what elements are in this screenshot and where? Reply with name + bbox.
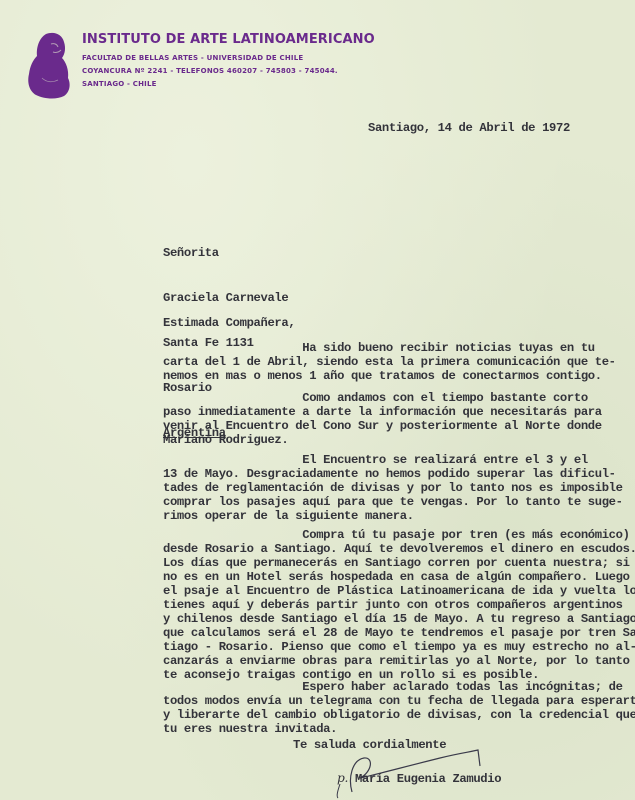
paragraph-line: nemos en mas o menos 1 año que tratamos …: [163, 369, 616, 383]
pre-columbian-figure-emblem-icon: [24, 30, 74, 100]
signatory: p. María Eugenia Zamudio: [337, 771, 501, 786]
paragraph-line: tades de reglamentación de divisas y por…: [163, 481, 623, 495]
paragraph-line: carta del 1 de Abril, siendo esta la pri…: [163, 355, 616, 369]
paragraph-line: Los días que permanecerás en Santiago co…: [163, 556, 635, 570]
paragraph-1: Ha sido bueno recibir noticias tuyas en …: [163, 341, 616, 383]
salutation: Estimada Compañera,: [163, 316, 295, 330]
paragraph-line: tiago - Rosario. Pienso que como el tiem…: [163, 640, 635, 654]
paragraph-4: Compra tú tu pasaje por tren (es más eco…: [163, 528, 635, 682]
paragraph-2: Como andamos con el tiempo bastante cort…: [163, 391, 602, 447]
paragraph-line: tu eres nuestra invitada.: [163, 722, 635, 736]
signature-prefix: p.: [337, 771, 348, 785]
paragraph-line: no es en un Hotel serás hospedada en cas…: [163, 570, 635, 584]
paragraph-line: El Encuentro se realizará entre el 3 y e…: [163, 453, 623, 467]
paragraph-line: y liberarte del cambio obligatorio de di…: [163, 708, 635, 722]
paragraph-line: rimos operar de la siguiente manera.: [163, 509, 623, 523]
city-line: SANTIAGO - CHILE: [82, 80, 375, 88]
paragraph-line: desde Rosario a Santiago. Aquí te devolv…: [163, 542, 635, 556]
paragraph-line: todos modos envía un telegrama con tu fe…: [163, 694, 635, 708]
paragraph-line: Como andamos con el tiempo bastante cort…: [163, 391, 602, 405]
paragraph-5: Espero haber aclarado todas las incógnit…: [163, 680, 635, 736]
paragraph-line: canzarás a enviarme obras para remitirla…: [163, 654, 635, 668]
paragraph-line: venir al Encuentro del Cono Sur y poster…: [163, 419, 602, 433]
institution-name: INSTITUTO DE ARTE LATINOAMERICANO: [82, 32, 375, 47]
letter-date: Santiago, 14 de Abril de 1972: [368, 121, 570, 135]
paragraph-line: comprar los pasajes aquí para que te ven…: [163, 495, 623, 509]
paragraph-line: Mariano Rodriguez.: [163, 433, 602, 447]
paragraph-line: Compra tú tu pasaje por tren (es más eco…: [163, 528, 635, 542]
recipient-title: Señorita: [163, 246, 288, 261]
address-phones-line: COYANCURA Nº 2241 - TELEFONOS 460207 - 7…: [82, 67, 375, 75]
paragraph-line: 13 de Mayo. Desgraciadamente no hemos po…: [163, 467, 623, 481]
paragraph-line: paso inmediatamente a darte la informaci…: [163, 405, 602, 419]
recipient-name: Graciela Carnevale: [163, 291, 288, 306]
faculty-line: FACULTAD DE BELLAS ARTES - UNIVERSIDAD D…: [82, 54, 375, 62]
paragraph-line: que calculamos será el 28 de Mayo te ten…: [163, 626, 635, 640]
paragraph-3: El Encuentro se realizará entre el 3 y e…: [163, 453, 623, 523]
paragraph-line: y chilenos desde Santiago el día 15 de M…: [163, 612, 635, 626]
paragraph-line: Espero haber aclarado todas las incógnit…: [163, 680, 635, 694]
paragraph-line: tienes aquí y deberás partir junto con o…: [163, 598, 635, 612]
paragraph-line: el psaje al Encuentro de Plástica Latino…: [163, 584, 635, 598]
signatory-name: María Eugenia Zamudio: [355, 772, 501, 786]
paragraph-line: Ha sido bueno recibir noticias tuyas en …: [163, 341, 616, 355]
